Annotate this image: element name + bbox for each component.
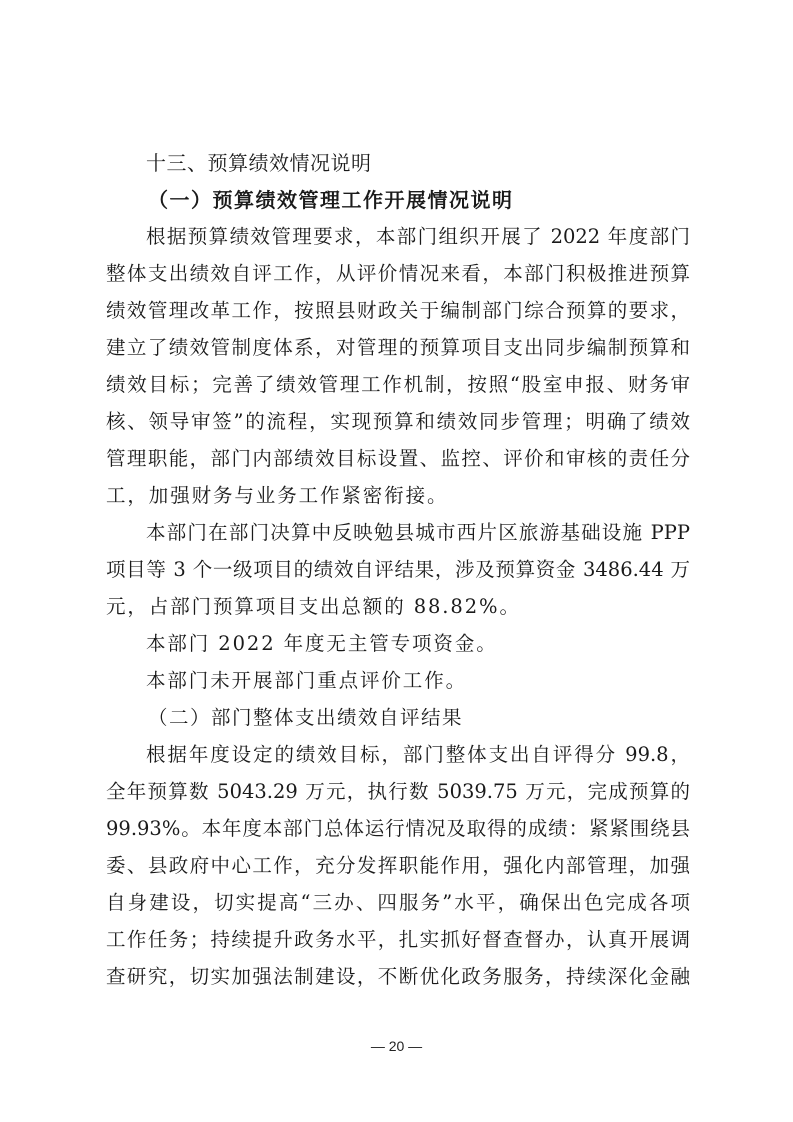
paragraph-line: 工作任务；持续提升政务水平，扎实抓好督查督办，认真开展调 [106, 925, 690, 955]
subsection-title-2: （二）部门整体支出绩效自评结果 [148, 703, 463, 733]
paragraph-line: 项目等 3 个一级项目的绩效自评结果，涉及预算资金 3486.44 万 [106, 555, 690, 585]
paragraph-line: 自身建设，切实提高“三办、四服务”水平，确保出色完成各项 [106, 888, 690, 918]
document-page: 十三、预算绩效情况说明 （一）预算绩效管理工作开展情况说明 根据预算绩效管理要求… [0, 0, 793, 1122]
paragraph-line: 查研究，切实加强法制建设，不断优化政务服务，持续深化金融 [106, 962, 690, 992]
paragraph-line: 委、县政府中心工作，充分发挥职能作用，强化内部管理，加强 [106, 851, 690, 881]
paragraph-line: 绩效目标；完善了绩效管理工作机制，按照“股室申报、财务审 [106, 370, 690, 400]
paragraph-line: 整体支出绩效自评工作，从评价情况来看，本部门积极推进预算 [106, 259, 690, 289]
subsection-title-1: （一）预算绩效管理工作开展情况说明 [148, 185, 514, 215]
paragraph-line: 工，加强财务与业务工作紧密衔接。 [106, 481, 448, 511]
paragraph-line: 根据预算绩效管理要求，本部门组织开展了 2022 年度部门 [146, 222, 690, 252]
section-title: 十三、预算绩效情况说明 [146, 148, 372, 178]
paragraph-line: 管理职能，部门内部绩效目标设置、监控、评价和审核的责任分 [106, 444, 690, 474]
paragraph-line: 本部门在部门决算中反映勉县城市西片区旅游基础设施 PPP [146, 518, 690, 548]
paragraph-line: 99.93%。本年度本部门总体运行情况及取得的成绩：紧紧围绕县 [106, 814, 690, 844]
paragraph-line: 本部门未开展部门重点评价工作。 [146, 666, 467, 696]
paragraph-line: 本部门 2022 年度无主管专项资金。 [146, 629, 498, 659]
paragraph-line: 根据年度设定的绩效目标，部门整体支出自评得分 99.8， [146, 740, 690, 770]
paragraph-line: 核、领导审签”的流程，实现预算和绩效同步管理；明确了绩效 [106, 407, 690, 437]
paragraph-line: 全年预算数 5043.29 万元，执行数 5039.75 万元，完成预算的 [106, 777, 690, 807]
paragraph-line: 元，占部门预算项目支出总额的 88.82%。 [106, 592, 521, 622]
page-number: — 20 — [0, 1038, 793, 1054]
paragraph-line: 建立了绩效管制度体系，对管理的预算项目支出同步编制预算和 [106, 333, 690, 363]
paragraph-line: 绩效管理改革工作，按照县财政关于编制部门综合预算的要求， [106, 296, 690, 326]
